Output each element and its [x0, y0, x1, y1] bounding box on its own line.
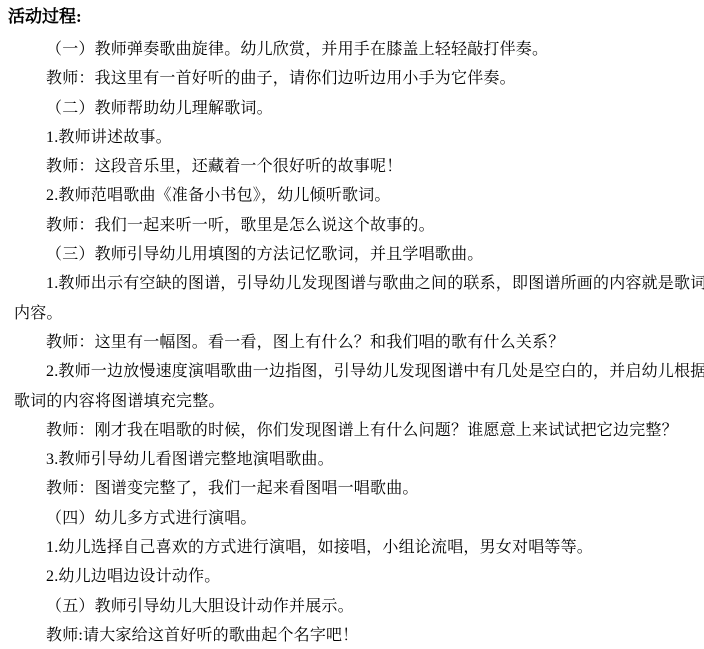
text-line: （四）幼儿多方式进行演唱。 [14, 504, 704, 533]
text-line: （一）教师弹奏歌曲旋律。幼儿欣赏，并用手在膝盖上轻轻敲打伴奏。 [14, 35, 704, 64]
text-line: 教师:请大家给这首好听的歌曲起个名字吧！ [14, 621, 704, 649]
text-line: 2.幼儿边唱边设计动作。 [14, 562, 704, 591]
text-line: 1.教师讲述故事。 [14, 123, 704, 152]
text-line: 教师：图谱变完整了，我们一起来看图唱一唱歌曲。 [14, 474, 704, 503]
text-line: 2.教师一边放慢速度演唱歌曲一边指图，引导幼儿发现图谱中有几处是空白的，并启幼儿… [14, 357, 704, 386]
text-line: 1.教师出示有空缺的图谱，引导幼儿发现图谱与歌曲之间的联系，即图谱所画的内容就是… [14, 269, 704, 298]
text-line: 教师：刚才我在唱歌的时候，你们发现图谱上有什么问题？谁愿意上来试试把它边完整？ [14, 416, 704, 445]
text-line: 1.幼儿选择自己喜欢的方式进行演唱，如接唱，小组论流唱，男女对唱等等。 [14, 533, 704, 562]
text-line: 教师：我这里有一首好听的曲子，请你们边听边用小手为它伴奏。 [14, 64, 704, 93]
text-line: （五）教师引导幼儿大胆设计动作并展示。 [14, 592, 704, 621]
document-body: （一）教师弹奏歌曲旋律。幼儿欣赏，并用手在膝盖上轻轻敲打伴奏。教师：我这里有一首… [14, 35, 704, 649]
text-line: 教师：这里有一幅图。看一看，图上有什么？和我们唱的歌有什么关系？ [14, 328, 704, 357]
text-line: （三）教师引导幼儿用填图的方法记忆歌词，并且学唱歌曲。 [14, 240, 704, 269]
text-line: （二）教师帮助幼儿理解歌词。 [14, 94, 704, 123]
text-line: 教师：这段音乐里，还藏着一个很好听的故事呢！ [14, 152, 704, 181]
document-page: 活动过程: （一）教师弹奏歌曲旋律。幼儿欣赏，并用手在膝盖上轻轻敲打伴奏。教师：… [0, 0, 704, 649]
text-line: 内容。 [14, 299, 704, 328]
text-line: 教师：我们一起来听一听，歌里是怎么说这个故事的。 [14, 211, 704, 240]
text-line: 歌词的内容将图谱填充完整。 [14, 387, 704, 416]
text-line: 2.教师范唱歌曲《准备小书包》，幼儿倾听歌词。 [14, 181, 704, 210]
text-line: 3.教师引导幼儿看图谱完整地演唱歌曲。 [14, 445, 704, 474]
document-title: 活动过程: [8, 5, 704, 28]
